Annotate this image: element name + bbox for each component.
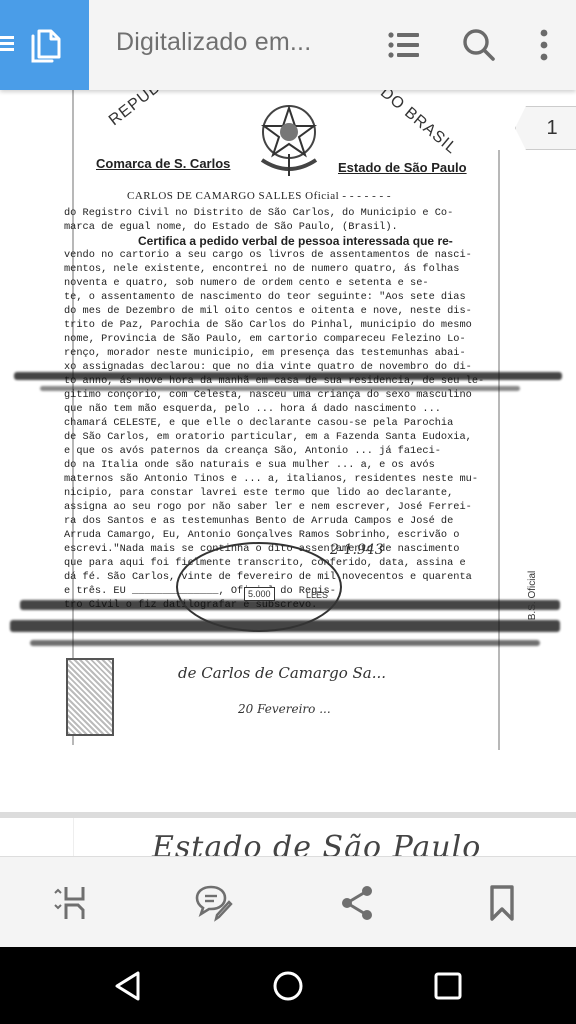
- pages-panel-toggle[interactable]: [0, 0, 89, 90]
- body-line: renço, morador neste municipio, em prese…: [64, 346, 504, 360]
- estado-heading: Estado de São Paulo: [338, 160, 467, 175]
- crop-margins-button[interactable]: [50, 883, 90, 923]
- bottom-toolbar: [0, 856, 576, 947]
- body-line: Arruda Camargo, Eu, Antonio Gonçalves Ra…: [64, 528, 504, 542]
- pdf-viewer-app: Digitalizado em... REPUBLICA DO: [0, 0, 576, 1024]
- revenue-stamp: [66, 658, 114, 736]
- page-margin-line: [73, 818, 74, 856]
- body-line: de São Carlos, em oratorio particular, e…: [64, 430, 504, 444]
- more-vert-icon: [539, 29, 549, 61]
- more-options-button[interactable]: [524, 25, 564, 65]
- pages-icon[interactable]: [28, 27, 62, 63]
- header-arc-right: DO BRASIL: [376, 90, 460, 158]
- body-line: te, o assentamento de nascimento do teor…: [64, 290, 504, 304]
- body-line: marca de egual nome, do Estado de São Pa…: [64, 220, 504, 234]
- home-button[interactable]: [268, 967, 308, 1005]
- annotate-button[interactable]: [195, 883, 235, 923]
- share-button[interactable]: [338, 883, 378, 923]
- system-navigation-bar: [0, 947, 576, 1024]
- search-button[interactable]: [459, 25, 499, 65]
- body-line: maternos são Antonio Tinos e ... a, ital…: [64, 472, 504, 486]
- comarca-heading: Comarca de S. Carlos: [96, 156, 230, 171]
- bookmark-button[interactable]: [482, 883, 522, 923]
- document-viewer[interactable]: REPUBLICA DO BRASIL Comarca de S. Carlos…: [0, 90, 576, 856]
- side-text: B.S. Oficial: [527, 571, 538, 620]
- body-line: ra dos Santos e as testemunhas Bento de …: [64, 514, 504, 528]
- page-2-header: Estado de São Paulo: [152, 830, 481, 856]
- body-line: do Registro Civil no Distrito de São Car…: [64, 206, 504, 220]
- body-line: trito de Paz, Parochia de São Carlos do …: [64, 318, 504, 332]
- top-toolbar: Digitalizado em...: [0, 0, 576, 90]
- menu-icon[interactable]: [0, 36, 14, 52]
- body-line: assigna ao seu rogo por não saber ler e …: [64, 500, 504, 514]
- date-line: 20 Fevereiro ...: [238, 702, 331, 716]
- body-line: nicipio, para constar lavrei este termo …: [64, 486, 504, 500]
- body-line: chamará CELESTE, e que elle o declarante…: [64, 416, 504, 430]
- annotate-comment-icon: [195, 884, 235, 922]
- seal-text: LLES: [306, 590, 328, 600]
- search-icon: [462, 28, 496, 62]
- body-line: e que os avós paternos da creança São, A…: [64, 444, 504, 458]
- bookmark-icon: [489, 885, 515, 921]
- document-page-2[interactable]: Estado de São Paulo: [0, 818, 576, 856]
- share-icon: [341, 885, 375, 921]
- body-line: que não tem mão esquerda, pelo ... hora …: [64, 402, 504, 416]
- tax-stamp-value: 5.000: [244, 587, 275, 601]
- body-line: noventa e quatro, sob numero de ordem ce…: [64, 276, 504, 290]
- document-page-1[interactable]: REPUBLICA DO BRASIL Comarca de S. Carlos…: [0, 90, 576, 812]
- crop-margins-icon: [52, 885, 88, 921]
- fold-smudge: [30, 640, 540, 646]
- body-line: do mes de Dezembro de mil oito centos e …: [64, 304, 504, 318]
- signature-line: de Carlos de Camargo Sa...: [178, 664, 386, 682]
- fold-smudge: [14, 372, 562, 380]
- body-line: vendo no cartorio a seu cargo os livros …: [64, 248, 504, 262]
- recents-icon: [433, 971, 463, 1001]
- document-title: Digitalizado em...: [116, 28, 311, 57]
- body-line: do na Italia onde são naturais e sua mul…: [64, 458, 504, 472]
- body-line: nome, Provincia de São Paulo, em cartori…: [64, 332, 504, 346]
- coat-of-arms-icon: [254, 98, 324, 178]
- back-icon: [114, 970, 142, 1002]
- recents-button[interactable]: [428, 967, 468, 1005]
- body-line: Certifica a pedido verbal de pessoa inte…: [64, 234, 504, 248]
- handwritten-date: 2-1.943: [330, 542, 384, 558]
- outline-button[interactable]: [384, 25, 424, 65]
- header-arc-left: REPUBLICA: [106, 90, 196, 130]
- body-line: mentos, nele existente, encontrei no de …: [64, 262, 504, 276]
- officer-line: CARLOS DE CAMARGO SALLES Oficial - - - -…: [127, 190, 391, 202]
- fold-smudge: [40, 386, 520, 391]
- list-icon: [388, 31, 420, 59]
- back-button[interactable]: [108, 967, 148, 1005]
- home-icon: [272, 970, 304, 1002]
- page-number-indicator[interactable]: 1: [515, 106, 576, 150]
